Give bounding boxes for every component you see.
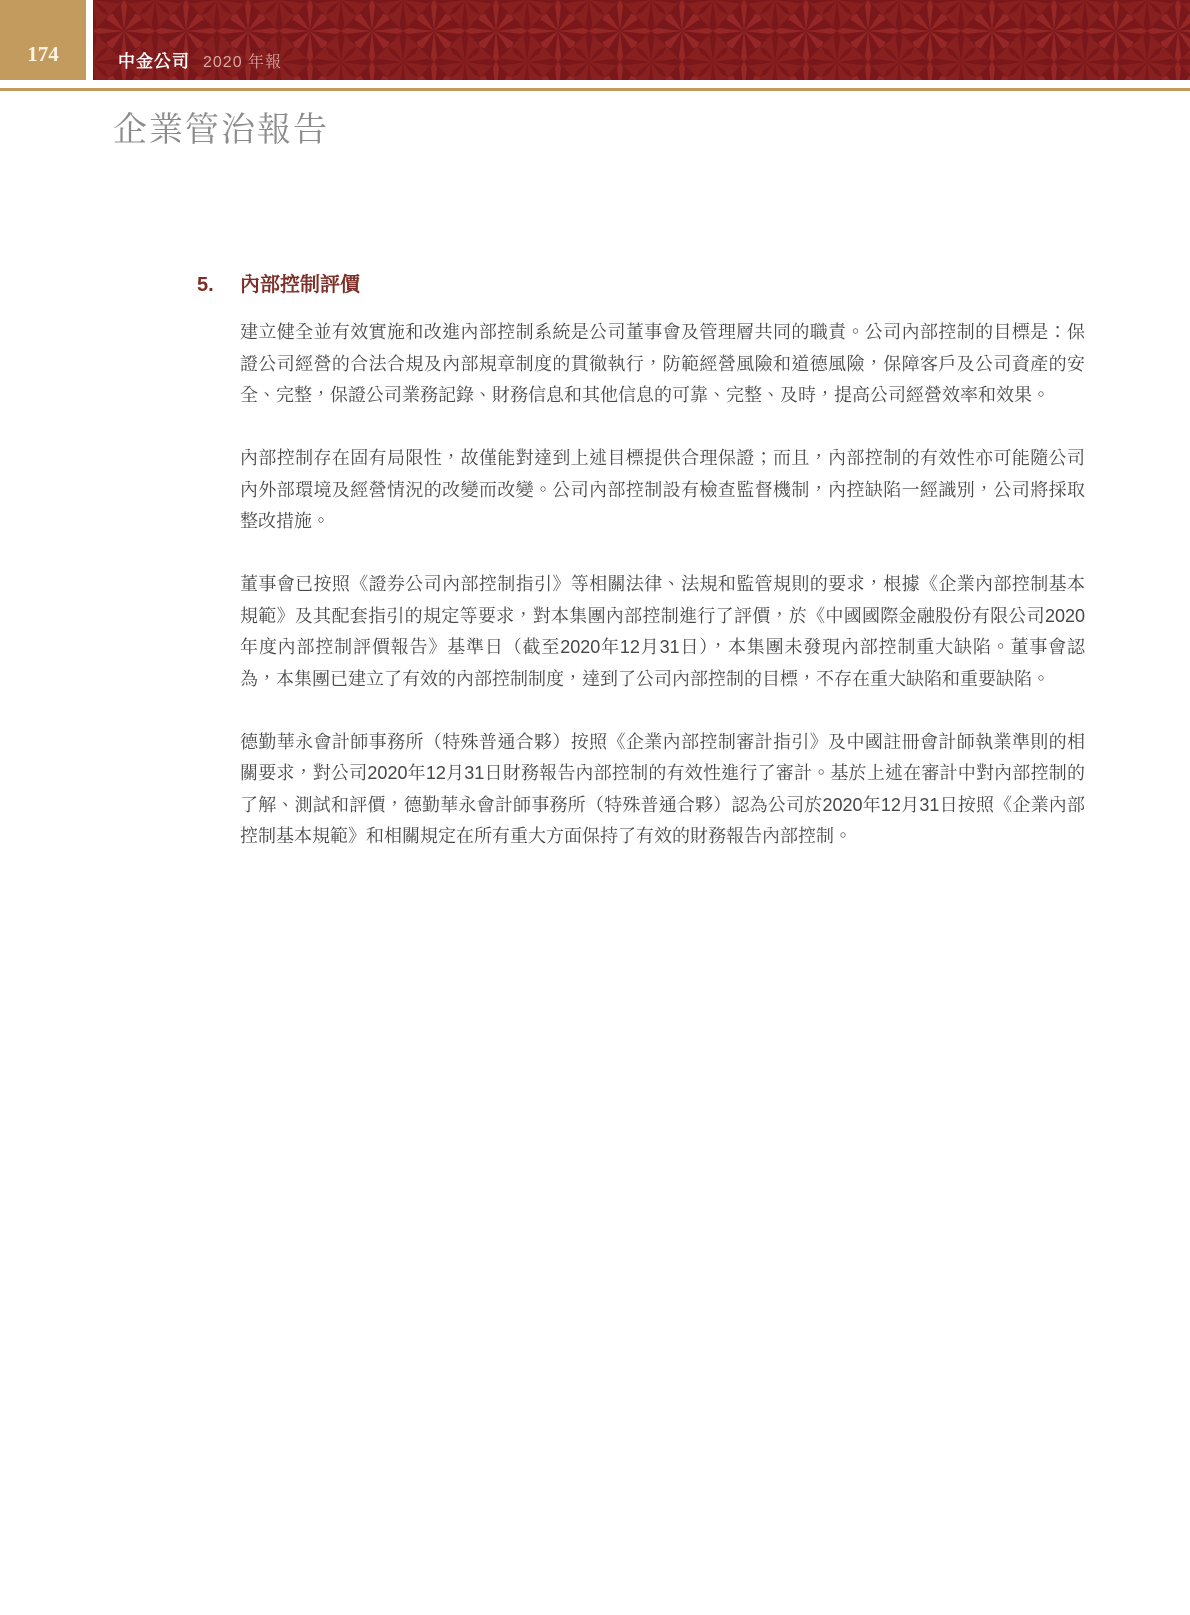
body-paragraph: 內部控制存在固有局限性，故僅能對達到上述目標提供合理保證；而且，內部控制的有效性…	[240, 443, 1085, 538]
body-paragraph: 董事會已按照《證券公司內部控制指引》等相關法律、法規和監管規則的要求，根據《企業…	[240, 569, 1085, 695]
section-heading: 5. 內部控制評價	[197, 270, 1087, 300]
header-divider-rule	[0, 88, 1190, 91]
section-number: 5.	[197, 270, 240, 300]
page-number: 174	[0, 42, 86, 67]
body-paragraph: 德勤華永會計師事務所（特殊普通合夥）按照《企業內部控制審計指引》及中國註冊會計師…	[240, 727, 1085, 853]
section-title: 內部控制評價	[240, 270, 360, 300]
body-paragraph: 建立健全並有效實施和改進內部控制系統是公司董事會及管理層共同的職責。公司內部控制…	[240, 317, 1085, 412]
page-number-block: 174	[0, 0, 86, 80]
banner-text: 中金公司 2020 年報	[118, 47, 282, 72]
report-page: 174	[0, 0, 1190, 1615]
company-name: 中金公司	[118, 47, 190, 72]
page-title: 企業管治報告	[113, 102, 329, 151]
report-year-label: 2020 年報	[203, 49, 282, 72]
header-banner: 中金公司 2020 年報	[93, 0, 1190, 80]
main-content: 5. 內部控制評價 建立健全並有效實施和改進內部控制系統是公司董事會及管理層共同…	[197, 270, 1087, 884]
